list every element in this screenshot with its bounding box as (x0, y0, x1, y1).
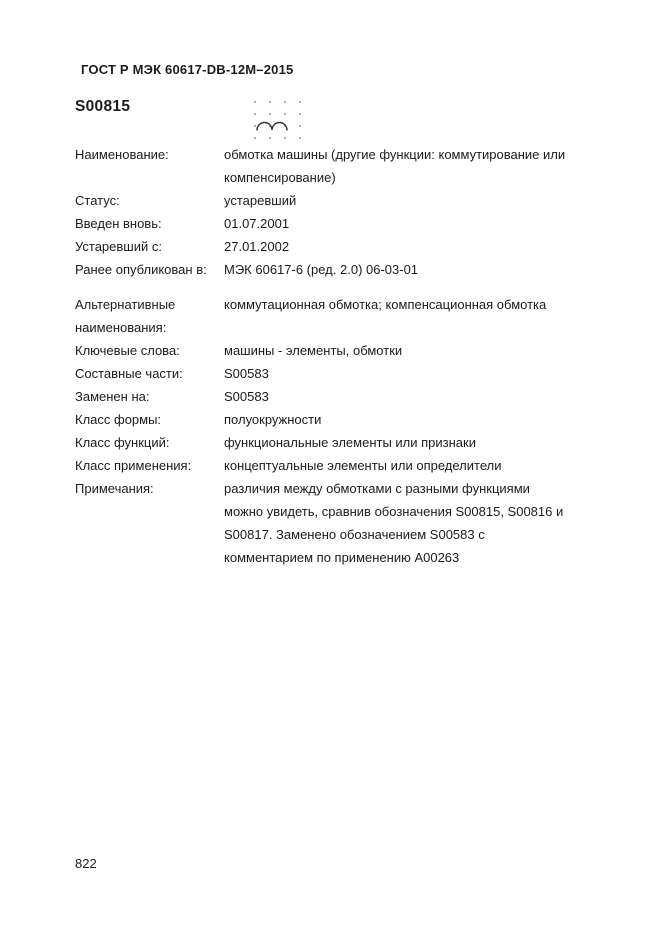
field-value: машины - элементы, обмотки (224, 339, 594, 362)
field-row-keywords: Ключевые слова: машины - элементы, обмот… (75, 339, 595, 362)
field-label: Ключевые слова: (75, 339, 224, 362)
field-value: функциональные элементы или признаки (224, 431, 594, 454)
field-value: обмотка машины (другие функции: коммутир… (224, 143, 594, 189)
field-row-reintroduced: Введен вновь: 01.07.2001 (75, 212, 595, 235)
standard-designation: ГОСТ Р МЭК 60617-DB-12M–2015 (81, 62, 293, 77)
field-row-previously-published: Ранее опубликован в: МЭК 60617-6 (ред. 2… (75, 258, 595, 281)
field-row-obsolete-since: Устаревший с: 27.01.2002 (75, 235, 595, 258)
field-label: Ранее опубликован в: (75, 258, 224, 281)
field-row-notes: Примечания: различия между обмотками с р… (75, 477, 595, 569)
winding-symbol-figure (248, 94, 314, 146)
field-label: Класс формы: (75, 408, 224, 431)
field-row-components: Составные части: S00583 (75, 362, 595, 385)
field-label: Наименование: (75, 143, 224, 166)
field-value: S00583 (224, 362, 594, 385)
field-value: концептуальные элементы или определители (224, 454, 594, 477)
field-value: 01.07.2001 (224, 212, 594, 235)
field-label: Устаревший с: (75, 235, 224, 258)
field-value: МЭК 60617-6 (ред. 2.0) 06-03-01 (224, 258, 594, 281)
field-row-application-class: Класс применения: концептуальные элемент… (75, 454, 595, 477)
document-page: ГОСТ Р МЭК 60617-DB-12M–2015 S00815 Наим… (0, 0, 661, 936)
field-value: 27.01.2002 (224, 235, 594, 258)
field-label: Примечания: (75, 477, 224, 500)
field-label: Составные части: (75, 362, 224, 385)
winding-symbol-icon (248, 94, 314, 146)
field-label: Заменен на: (75, 385, 224, 408)
field-label: Введен вновь: (75, 212, 224, 235)
page-number: 822 (75, 856, 97, 871)
field-row-function-class: Класс функций: функциональные элементы и… (75, 431, 595, 454)
field-label: Класс функций: (75, 431, 224, 454)
field-label: Класс применения: (75, 454, 224, 477)
field-row-replaced-by: Заменен на: S00583 (75, 385, 595, 408)
field-row-shape-class: Класс формы: полуокружности (75, 408, 595, 431)
field-label: Статус: (75, 189, 224, 212)
field-value: устаревший (224, 189, 594, 212)
field-value: различия между обмотками с разными функц… (224, 477, 594, 569)
field-value: коммутационная обмотка; компенсационная … (224, 293, 594, 316)
entry-fields: Наименование: обмотка машины (другие фун… (75, 143, 595, 569)
field-row-name: Наименование: обмотка машины (другие фун… (75, 143, 595, 189)
field-row-alternative-names: Альтернативные наименования: коммутацион… (75, 293, 595, 339)
field-value: полуокружности (224, 408, 594, 431)
entry-id-title: S00815 (75, 98, 130, 116)
field-value: S00583 (224, 385, 594, 408)
field-row-status: Статус: устаревший (75, 189, 595, 212)
field-label: Альтернативные наименования: (75, 293, 224, 339)
